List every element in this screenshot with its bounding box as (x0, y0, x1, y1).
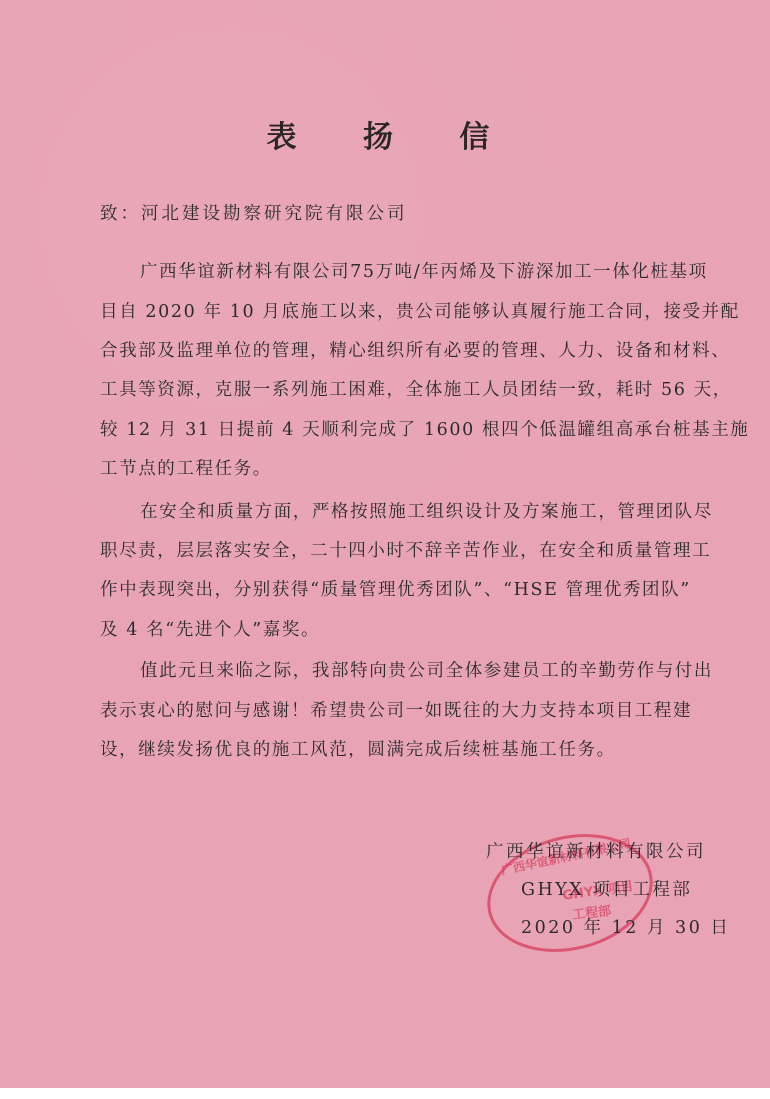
signature-department: GHYX 项目工程部 (521, 876, 692, 901)
signature-company: 广西华谊新材料有限公司 (486, 838, 706, 863)
paragraph-3-line-1: 值此元旦来临之际，我部特向贵公司全体参建员工的辛勤劳作与付出 (140, 657, 690, 682)
paragraph-1-line-1: 广西华谊新材料有限公司75万吨/年丙烯及下游深加工一体化桩基项 (140, 258, 690, 283)
paragraph-2-line-2: 职尽责，层层落实安全，二十四小时不辞辛苦作业，在安全和质量管理工 (100, 537, 690, 562)
paragraph-3-line-2: 表示衷心的慰问与感谢！希望贵公司一如既往的大力支持本项目工程建 (100, 697, 690, 722)
paragraph-1-line-6: 工节点的工程任务。 (100, 455, 690, 480)
paragraph-2-line-4: 及 4 名“先进个人”嘉奖。 (100, 616, 690, 641)
letter-title: 表 扬 信 (0, 112, 770, 156)
paragraph-1-line-3: 合我部及监理单位的管理，精心组织所有必要的管理、人力、设备和材料、 (100, 337, 690, 362)
paragraph-1-line-2: 目自 2020 年 10 月底施工以来，贵公司能够认真履行施工合同，接受并配 (100, 298, 690, 323)
paragraph-2-line-1: 在安全和质量方面，严格按照施工组织设计及方案施工，管理团队尽 (140, 498, 690, 523)
paragraph-3-line-3: 设，继续发扬优良的施工风范，圆满完成后续桩基施工任务。 (100, 736, 690, 761)
paragraph-2-line-3: 作中表现突出，分别获得“质量管理优秀团队”、“HSE 管理优秀团队” (100, 576, 690, 601)
signature-date: 2020 年 12 月 30 日 (521, 914, 730, 939)
paragraph-1-line-4: 工具等资源，克服一系列施工困难，全体施工人员团结一致，耗时 56 天， (100, 376, 690, 401)
letter-page: 表 扬 信 致：河北建设勘察研究院有限公司 广西华谊新材料有限公司75万吨/年丙… (0, 0, 770, 1088)
salutation: 致：河北建设勘察研究院有限公司 (100, 200, 408, 225)
paragraph-1-line-5: 较 12 月 31 日提前 4 天顺利完成了 1600 根四个低温罐组高承台桩基… (100, 416, 690, 441)
